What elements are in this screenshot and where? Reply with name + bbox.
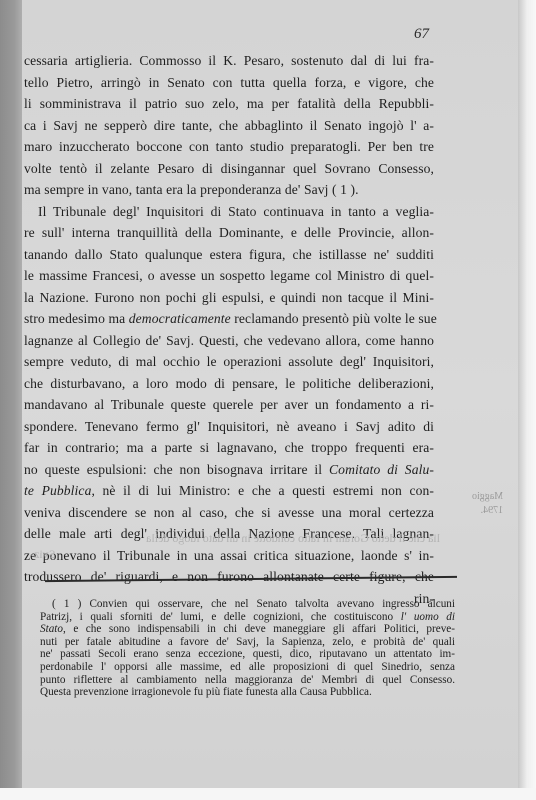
text-line: mandavano al Tribunale queste querele pe… (24, 394, 434, 416)
bleed-line: lia che il detto Gorani in fatto condott… (30, 530, 440, 546)
text-segment: , nè il di lui Ministro: e che a questi … (91, 483, 434, 498)
text-segment: Patrizj, i quali sforniti de' lumi, e de… (40, 611, 401, 623)
footnote-line: nuti per fatale abitudine a favore de' S… (40, 636, 455, 649)
text-line: tello Pietro, arringò in Senato con tutt… (24, 72, 434, 94)
text-line: ma sempre in vano, tanta era la preponde… (24, 179, 434, 201)
page-edge (518, 0, 536, 800)
text-line: lagnanze al Collegio de' Savj. Questi, c… (24, 330, 434, 352)
footnote-line: Stato, e che sono indispensabili in chi … (40, 623, 455, 636)
italic-term: democraticamente (129, 311, 231, 326)
bleed-through-text: lia che il detto Gorani in fatto condott… (30, 530, 440, 562)
bleed-line: Sviz- (30, 546, 440, 562)
page-bottom-edge (0, 788, 536, 800)
main-text: cessaria artiglieria. Commosso il K. Pes… (24, 50, 434, 609)
text-segment: reclamando presentò più volte le sue (231, 311, 437, 326)
text-line: no queste espulsioni: che non bisognava … (24, 459, 434, 481)
margin-note-line: 1794. (472, 504, 503, 518)
text-line: veniva discendere se non al caso, che si… (24, 502, 434, 524)
text-line: li somministrava il patrio suo zelo, ma … (24, 93, 434, 115)
text-line: volte tentò il zelante Pesaro di disinga… (24, 158, 434, 180)
text-line: sempre veduto, di mal occhio le operazio… (24, 351, 434, 373)
margin-note-line: Maggio (472, 490, 503, 504)
text-line: ca i Savj ne sepperò dire tante, che abb… (24, 115, 434, 137)
footnote-line: ( 1 ) Convien qui osservare, che nel Sen… (40, 598, 455, 611)
page-number: 67 (414, 26, 429, 43)
footnote-line: Questa prevenzione irragionevole fu più … (40, 686, 455, 699)
italic-term: Comitato di Salu- (329, 462, 434, 477)
text-segment: no queste espulsioni: che non bisognava … (24, 462, 329, 477)
footnote-line: ne' passati Secoli erano senza eccezione… (40, 648, 455, 661)
footnote-line: Patrizj, i quali sforniti de' lumi, e de… (40, 611, 455, 624)
text-segment: , e che sono indispensabili in chi deve … (63, 623, 455, 635)
footnote-line: punto riflettere al cambiamento nella ma… (40, 674, 455, 687)
text-line: maro inzuccherato boccone con tanto stud… (24, 136, 434, 158)
text-line: spondere. Tenevano fermo gl' Inquisitori… (24, 416, 434, 438)
text-line: cessaria artiglieria. Commosso il K. Pes… (24, 50, 434, 72)
paragraph-start-line: Il Tribunale degl' Inquisitori di Stato … (24, 201, 434, 223)
book-gutter-shadow (0, 0, 24, 790)
footnote-line: perdonabile l' opporsi alle massime, ed … (40, 661, 455, 674)
text-line: la Nazione. Furono non pochi gli espulsi… (24, 287, 434, 309)
text-line: far in contrario; ma a parte si lagnavan… (24, 437, 434, 459)
text-line: le massime Francesi, o avesse un sospett… (24, 265, 434, 287)
text-line: che disturbavano, a loro modo di pensare… (24, 373, 434, 395)
italic-term: te Pubblica (24, 483, 91, 498)
text-line: tanando dallo Stato qualunque estera fig… (24, 244, 434, 266)
margin-note-bleed: Maggio 1794. (472, 490, 503, 518)
text-line: re sull' interna tranquillità della Domi… (24, 222, 434, 244)
text-line: te Pubblica, nè il di lui Ministro: e ch… (24, 480, 434, 502)
italic-term: Stato (40, 623, 63, 635)
footnote-block: ( 1 ) Convien qui osservare, che nel Sen… (40, 598, 455, 699)
text-segment: stro medesimo ma (24, 311, 129, 326)
italic-term: l' uomo di (401, 611, 455, 623)
text-line: stro medesimo ma democraticamente reclam… (24, 308, 434, 330)
